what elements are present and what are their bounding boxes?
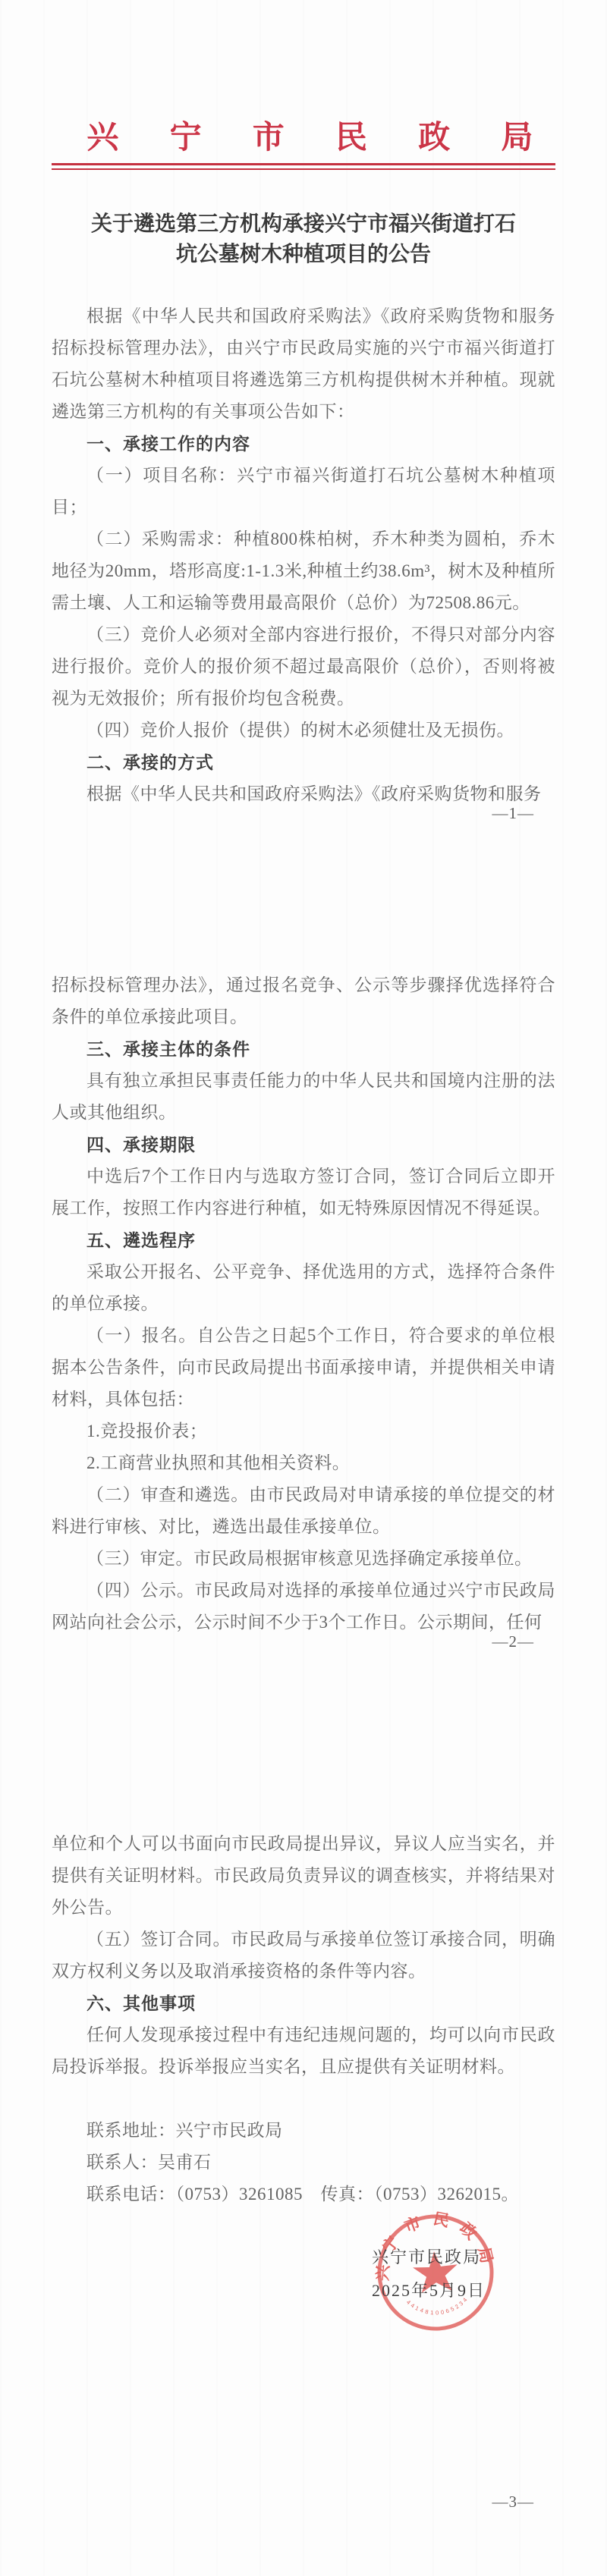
- page-number-3: —3—: [492, 2493, 535, 2512]
- paragraph: 中选后7个工作日内与选取方签订合同，签订合同后立即开展工作，按照工作内容进行种植…: [52, 1161, 555, 1224]
- paragraph: （四）公示。市民政局对选择的承接单位通过兴宁市民政局网站向社会公示，公示时间不少…: [52, 1575, 555, 1638]
- masthead-divider: [52, 163, 555, 170]
- section-heading: 四、承接期限: [52, 1129, 555, 1161]
- page-1: 兴宁市民政局 关于遴选第三方机构承接兴宁市福兴街道打石 坑公墓树木种植项目的公告…: [0, 0, 607, 859]
- page-2-body: 招标投标管理办法》，通过报名竞争、公示等步骤择优选择符合条件的单位承接此项目。三…: [52, 859, 555, 1638]
- paragraph: （四）竞价人报价（提供）的树木必须健壮及无损伤。: [52, 715, 555, 746]
- paragraph: 联系人：吴甫石: [52, 2147, 555, 2179]
- document-title-line2: 坑公墓树木种植项目的公告: [176, 243, 431, 266]
- page-3-body: 单位和个人可以书面向市民政局提出异议，异议人应当实名，并提供有关证明材料。市民政…: [52, 1717, 555, 2210]
- page-number-1: —1—: [492, 804, 535, 823]
- page-2: 招标投标管理办法》，通过报名竞争、公示等步骤择优选择符合条件的单位承接此项目。三…: [0, 859, 607, 1717]
- paragraph: 根据《中华人民共和国政府采购法》《政府采购货物和服务: [52, 778, 555, 810]
- page-3: 单位和个人可以书面向市民政局提出异议，异议人应当实名，并提供有关证明材料。市民政…: [0, 1717, 607, 2576]
- paragraph: 1.竞投报价表；: [52, 1415, 555, 1447]
- paragraph: 2.工商营业执照和其他相关资料。: [52, 1447, 555, 1479]
- paragraph: 联系电话：（0753）3261085 传真：（0753）3262015。: [52, 2179, 555, 2210]
- page-1-body: 根据《中华人民共和国政府采购法》《政府采购货物和服务招标投标管理办法》，由兴宁市…: [52, 300, 555, 810]
- section-heading: 一、承接工作的内容: [52, 428, 555, 460]
- spacer: [52, 2083, 555, 2115]
- paragraph: （一）报名。自公告之日起5个工作日，符合要求的单位根据本公告条件，向市民政局提出…: [52, 1320, 555, 1415]
- section-heading: 五、遴选程序: [52, 1224, 555, 1256]
- paragraph: （二）审查和遴选。由市民政局对申请承接的单位提交的材料进行审核、对比，遴选出最佳…: [52, 1479, 555, 1543]
- paragraph: （二）采购需求：种植800株柏树，乔木种类为圆柏，乔木地径为20mm，塔形高度:…: [52, 523, 555, 619]
- paragraph: 任何人发现承接过程中有违纪违规问题的，均可以向市民政局投诉举报。投诉举报应当实名…: [52, 2019, 555, 2083]
- paragraph: （三）竞价人必须对全部内容进行报价，不得只对部分内容进行报价。竞价人的报价须不超…: [52, 619, 555, 715]
- document-title: 关于遴选第三方机构承接兴宁市福兴街道打石 坑公墓树木种植项目的公告: [30, 209, 577, 270]
- section-heading: 二、承接的方式: [52, 746, 555, 778]
- paragraph: 联系地址：兴宁市民政局: [52, 2115, 555, 2147]
- section-heading: 三、承接主体的条件: [52, 1033, 555, 1065]
- paragraph: 单位和个人可以书面向市民政局提出异议，异议人应当实名，并提供有关证明材料。市民政…: [52, 1828, 555, 1924]
- page-number-2: —2—: [492, 1632, 535, 1651]
- paragraph: 根据《中华人民共和国政府采购法》《政府采购货物和服务招标投标管理办法》，由兴宁市…: [52, 300, 555, 428]
- paragraph: （三）审定。市民政局根据审核意见选择确定承接单位。: [52, 1543, 555, 1575]
- document-title-line1: 关于遴选第三方机构承接兴宁市福兴街道打石: [91, 212, 516, 236]
- paragraph: （五）签订合同。市民政局与承接单位签订承接合同，明确双方权利义务以及取消承接资格…: [52, 1924, 555, 1987]
- agency-masthead: 兴宁市民政局: [0, 120, 607, 156]
- paragraph: 具有独立承担民事责任能力的中华人民共和国境内注册的法人或其他组织。: [52, 1065, 555, 1129]
- paragraph: 招标投标管理办法》，通过报名竞争、公示等步骤择优选择符合条件的单位承接此项目。: [52, 969, 555, 1033]
- signature-agency: 兴宁市民政局: [372, 2241, 505, 2274]
- signature-date: 2025年5月9日: [372, 2274, 505, 2307]
- paragraph: （一）项目名称：兴宁市福兴街道打石坑公墓树木种植项目；: [52, 460, 555, 523]
- section-heading: 六、其他事项: [52, 1987, 555, 2019]
- paragraph: 采取公开报名、公平竞争、择优选用的方式，选择符合条件的单位承接。: [52, 1256, 555, 1320]
- announcement-document: 兴宁市民政局 关于遴选第三方机构承接兴宁市福兴街道打石 坑公墓树木种植项目的公告…: [0, 0, 607, 2576]
- signature-block: 兴宁市民政局 2025年5月9日: [372, 2241, 505, 2307]
